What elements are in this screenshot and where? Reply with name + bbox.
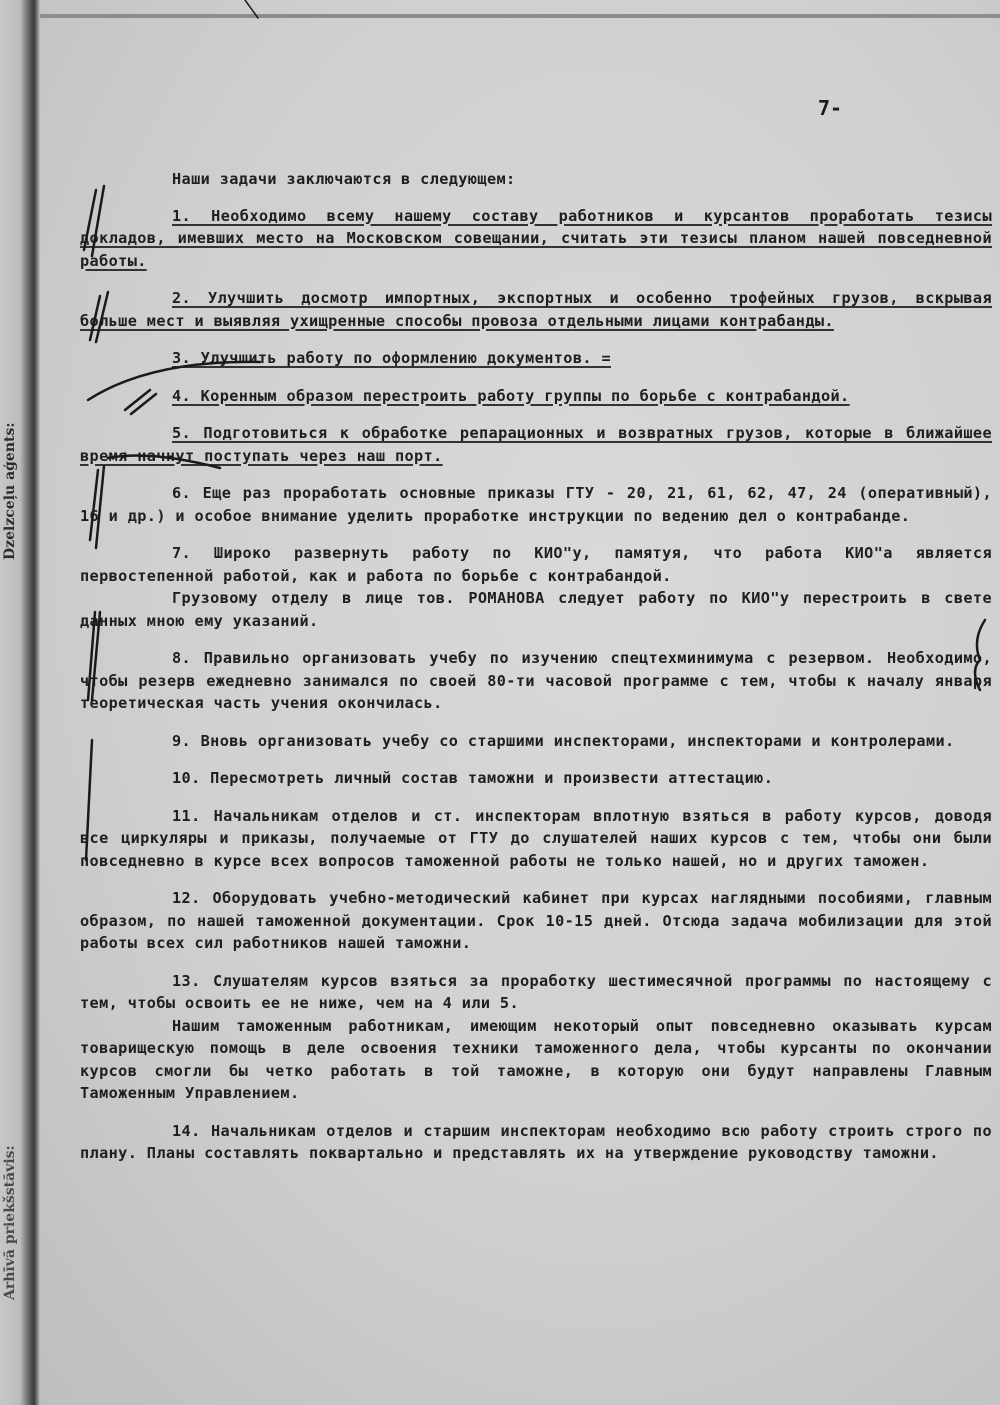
pen-annotations (0, 0, 1000, 1405)
document-page: Dzelzceļu aģents: Arhīvā priekšstāvis: 7… (0, 0, 1000, 1405)
